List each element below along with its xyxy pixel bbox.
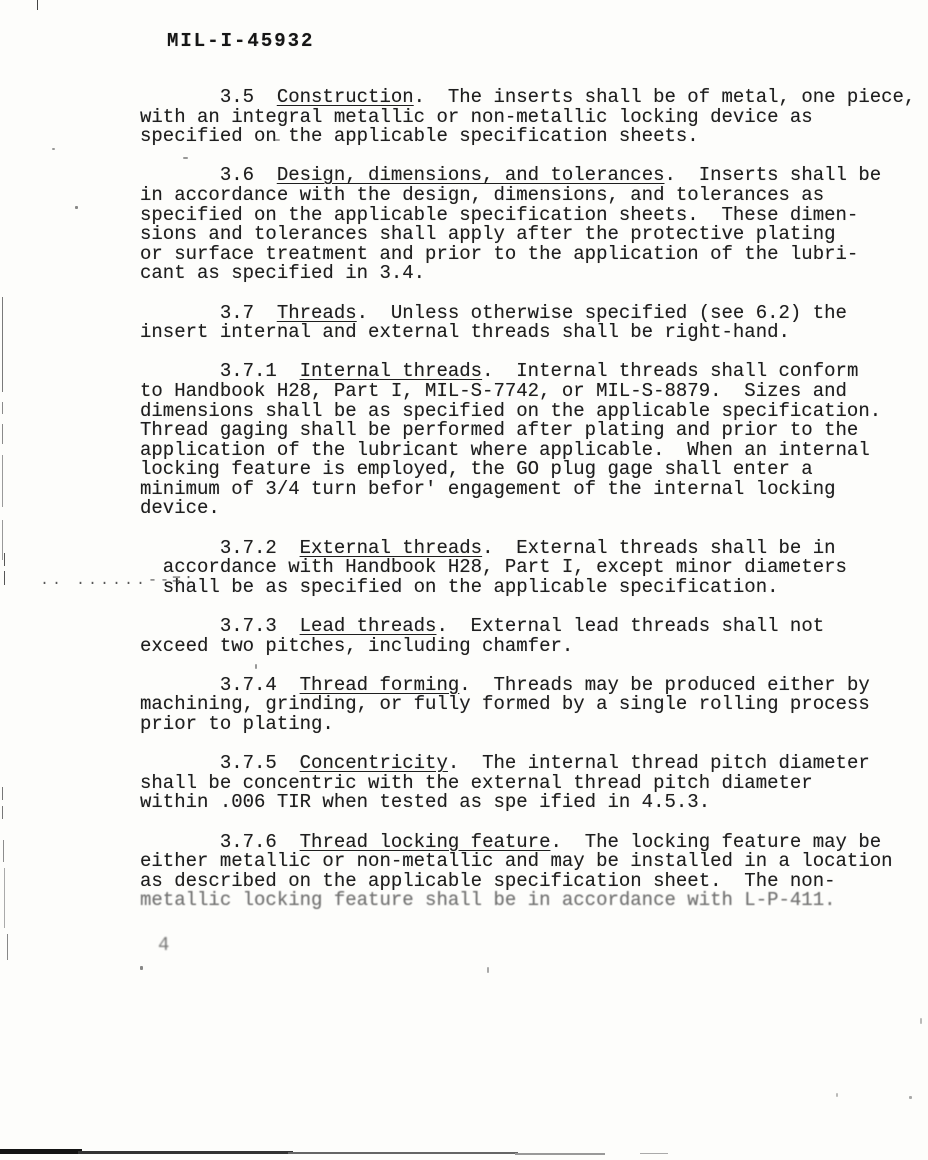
scan-margin-line — [2, 806, 3, 819]
scan-speck — [909, 1096, 912, 1099]
text-line: exceed two pitches, including chamfer. — [140, 637, 900, 657]
scan-bottom-edge — [78, 1151, 293, 1154]
paragraph-3-7-2: 3.7.2 External threads. External threads… — [140, 539, 900, 598]
scan-speck — [140, 966, 143, 970]
scan-noise-dashes: .. ......--=; — [40, 571, 196, 591]
scan-bottom-edge — [515, 1153, 605, 1155]
scan-speck — [487, 967, 489, 973]
scan-margin-line — [2, 297, 3, 392]
text-line: within .006 TIR when tested as spe ified… — [140, 793, 900, 813]
scan-margin-line — [37, 0, 38, 10]
page-number: 4 — [158, 936, 169, 956]
text-line: device. — [140, 499, 900, 519]
paragraph-3-7-5: 3.7.5 Concentricity. The internal thread… — [140, 754, 900, 813]
scan-bottom-edge — [288, 1152, 518, 1154]
scan-margin-line — [2, 424, 3, 444]
text-line: cant as specified in 3.4. — [140, 264, 900, 284]
spec-number: MIL-I-45932 — [167, 32, 314, 52]
text-line: prior to plating. — [140, 715, 900, 735]
paragraph-3-7-6: 3.7.6 Thread locking feature. The lockin… — [140, 833, 900, 911]
paragraph-3-6: 3.6 Design, dimensions, and tolerances. … — [140, 166, 900, 284]
scan-speck — [255, 664, 257, 669]
scan-speck — [52, 148, 55, 150]
paragraph-3-7-3: 3.7.3 Lead threads. External lead thread… — [140, 617, 900, 656]
scan-speck — [75, 206, 78, 209]
scan-margin-line — [3, 840, 4, 862]
scan-margin-line — [2, 455, 3, 507]
scan-margin-line — [7, 934, 8, 960]
scan-margin-line — [4, 868, 5, 928]
text-line: metallic locking feature shall be in acc… — [140, 891, 900, 911]
text-line: minimum of 3/4 turn befor' engagement of… — [140, 480, 900, 500]
scan-margin-line — [2, 787, 3, 800]
scan-margin-line — [4, 553, 5, 566]
text-line: insert internal and external threads sha… — [140, 323, 900, 343]
scan-speck — [920, 1018, 922, 1024]
scan-margin-line — [2, 520, 3, 560]
paragraph-3-7-4: 3.7.4 Thread forming. Threads may be pro… — [140, 676, 900, 735]
scan-margin-line — [4, 571, 5, 585]
paragraph-3-7-1: 3.7.1 Internal threads. Internal threads… — [140, 362, 900, 519]
scan-bottom-edge — [0, 1149, 82, 1154]
scan-speck — [836, 1093, 838, 1097]
paragraph-3-7: 3.7 Threads. Unless otherwise specified … — [140, 304, 900, 343]
text-line: shall be as specified on the applicable … — [140, 578, 900, 598]
paragraph-3-5: 3.5 Construction. The inserts shall be o… — [140, 88, 900, 147]
scanned-document-page: MIL-I-45932 3.5 Construction. The insert… — [0, 0, 928, 1160]
scan-bottom-edge — [640, 1153, 668, 1154]
document-body: 3.5 Construction. The inserts shall be o… — [140, 88, 900, 931]
scan-margin-line — [2, 402, 3, 414]
scan-speck — [274, 139, 280, 141]
text-line: specified on the applicable specificatio… — [140, 127, 900, 147]
scan-speck — [183, 157, 188, 159]
